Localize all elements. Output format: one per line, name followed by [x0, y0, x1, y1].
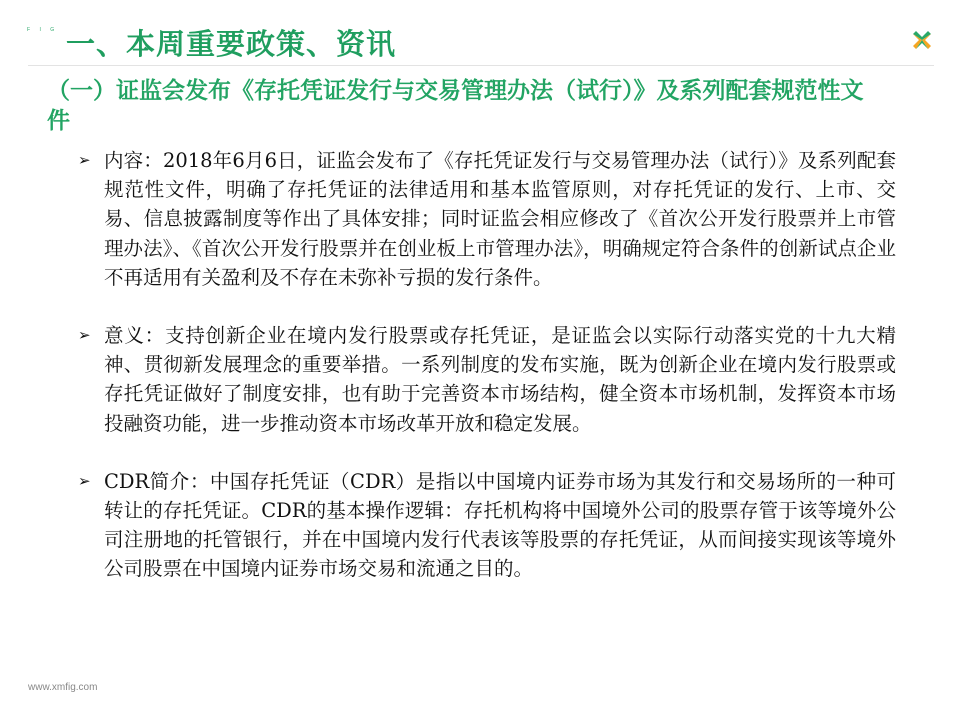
bullet-cdr-intro: ➢ CDR简介：中国存托凭证（CDR）是指以中国境内证券市场为其发行和交易场所的… [76, 467, 896, 584]
bullet-significance: ➢ 意义：支持创新企业在境内发行股票或存托凭证，是证监会以实际行动落实党的十九大… [76, 321, 896, 438]
xmfig-logo-icon [910, 28, 934, 52]
bullet-content: ➢ 内容：2018年6月6日，证监会发布了《存托凭证发行与交易管理办法（试行）》… [76, 146, 896, 292]
arrow-bullet-icon: ➢ [78, 321, 91, 350]
header-divider [28, 65, 934, 66]
bullet-text: 内容：2018年6月6日，证监会发布了《存托凭证发行与交易管理办法（试行）》及系… [104, 149, 896, 289]
brand-small-text: F I G [27, 27, 58, 33]
footer-url: www.xmfig.com [28, 682, 97, 693]
bullet-text: CDR简介：中国存托凭证（CDR）是指以中国境内证券市场为其发行和交易场所的一种… [104, 470, 896, 581]
section-subtitle: （一）证监会发布《存托凭证发行与交易管理办法（试行）》及系列配套规范性文件 [47, 76, 877, 136]
arrow-bullet-icon: ➢ [78, 467, 91, 496]
bullet-text: 意义：支持创新企业在境内发行股票或存托凭证，是证监会以实际行动落实党的十九大精神… [104, 324, 896, 435]
page-title: 一、本周重要政策、资讯 [66, 26, 396, 62]
bullet-list: ➢ 内容：2018年6月6日，证监会发布了《存托凭证发行与交易管理办法（试行）》… [76, 146, 896, 613]
arrow-bullet-icon: ➢ [78, 146, 91, 175]
